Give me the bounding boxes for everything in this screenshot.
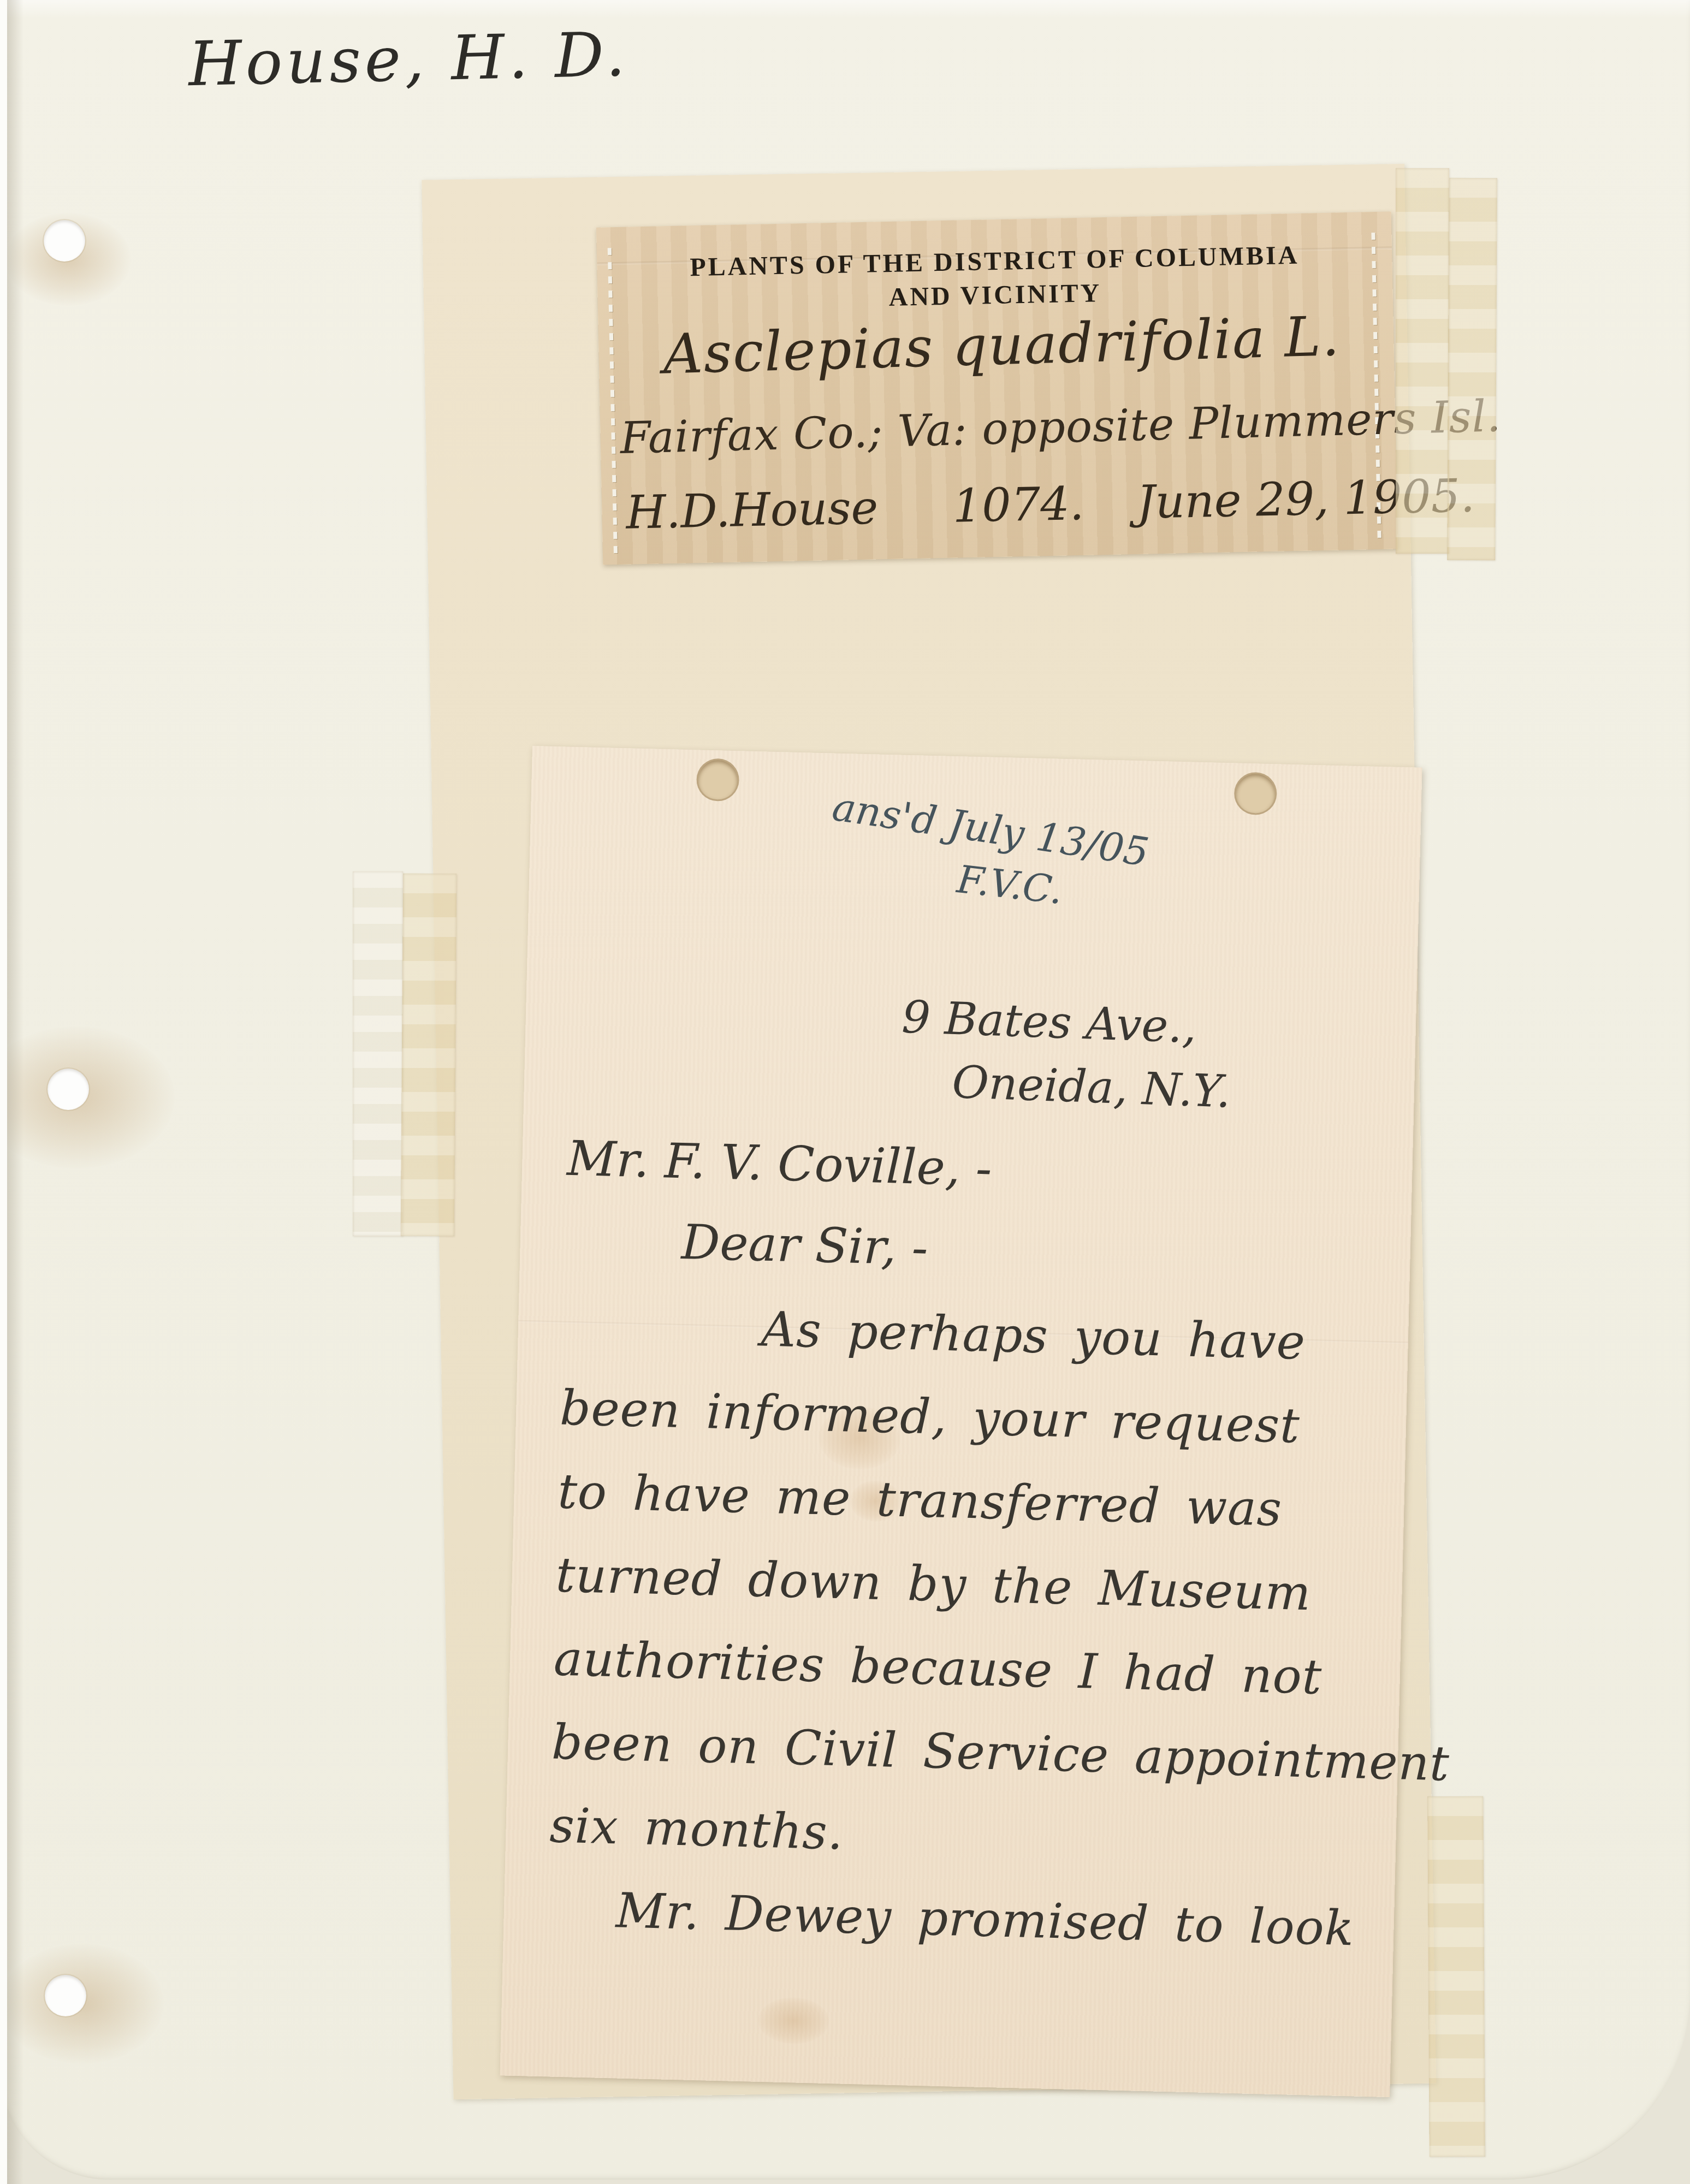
- letter-body-line: As perhaps you have: [760, 1301, 1398, 1400]
- address-line: Oneida, N.Y.: [951, 1051, 1232, 1124]
- letter-hole-punch: [1234, 771, 1277, 815]
- answered-note-block: ans'd July 13/05 F.V.C.: [822, 784, 1152, 925]
- hole-punch: [48, 1069, 89, 1110]
- tape-strip: [1396, 168, 1449, 554]
- address-block: 9 Bates Ave., Oneida, N.Y.: [899, 986, 1234, 1125]
- address-line: 9 Bates Ave.,: [901, 986, 1234, 1061]
- archive-heading: House, H. D.: [188, 19, 630, 100]
- scanner-edge: [0, 0, 7, 2184]
- tape-strip: [1427, 1796, 1485, 2157]
- specimen-label: PLANTS OF THE DISTRICT OF COLUMBIA AND V…: [596, 211, 1398, 565]
- hole-punch: [45, 1975, 86, 2016]
- tape-strip: [401, 874, 457, 1237]
- letter-hole-punch: [696, 758, 740, 802]
- locality-line: Fairfax Co.; Va: opposite Plummers Isl.: [620, 390, 1502, 464]
- collector-name: H.D.House: [625, 480, 879, 539]
- scan-top-edge: [0, 0, 1690, 19]
- recipient-line: Mr. F. V. Coville, -: [566, 1130, 992, 1197]
- scan-stage: House, H. D. PLANTS OF THE DISTRICT OF C…: [0, 0, 1690, 2184]
- collection-number: 1074.: [952, 477, 1084, 533]
- salutation-line: Dear Sir, -: [681, 1214, 929, 1276]
- tape-strip: [353, 871, 403, 1236]
- collector-row: H.D.House 1074. June 29, 1905.: [625, 468, 1475, 539]
- tape-strip: [1447, 178, 1497, 560]
- letter-body: As perhaps you have been informed, your …: [546, 1296, 1397, 1985]
- paper-stain: [757, 1997, 829, 2045]
- letter-sheet: ans'd July 13/05 F.V.C. 9 Bates Ave., On…: [500, 746, 1422, 2097]
- scanner-edge-shadow: [7, 0, 23, 2184]
- hole-punch: [44, 220, 85, 262]
